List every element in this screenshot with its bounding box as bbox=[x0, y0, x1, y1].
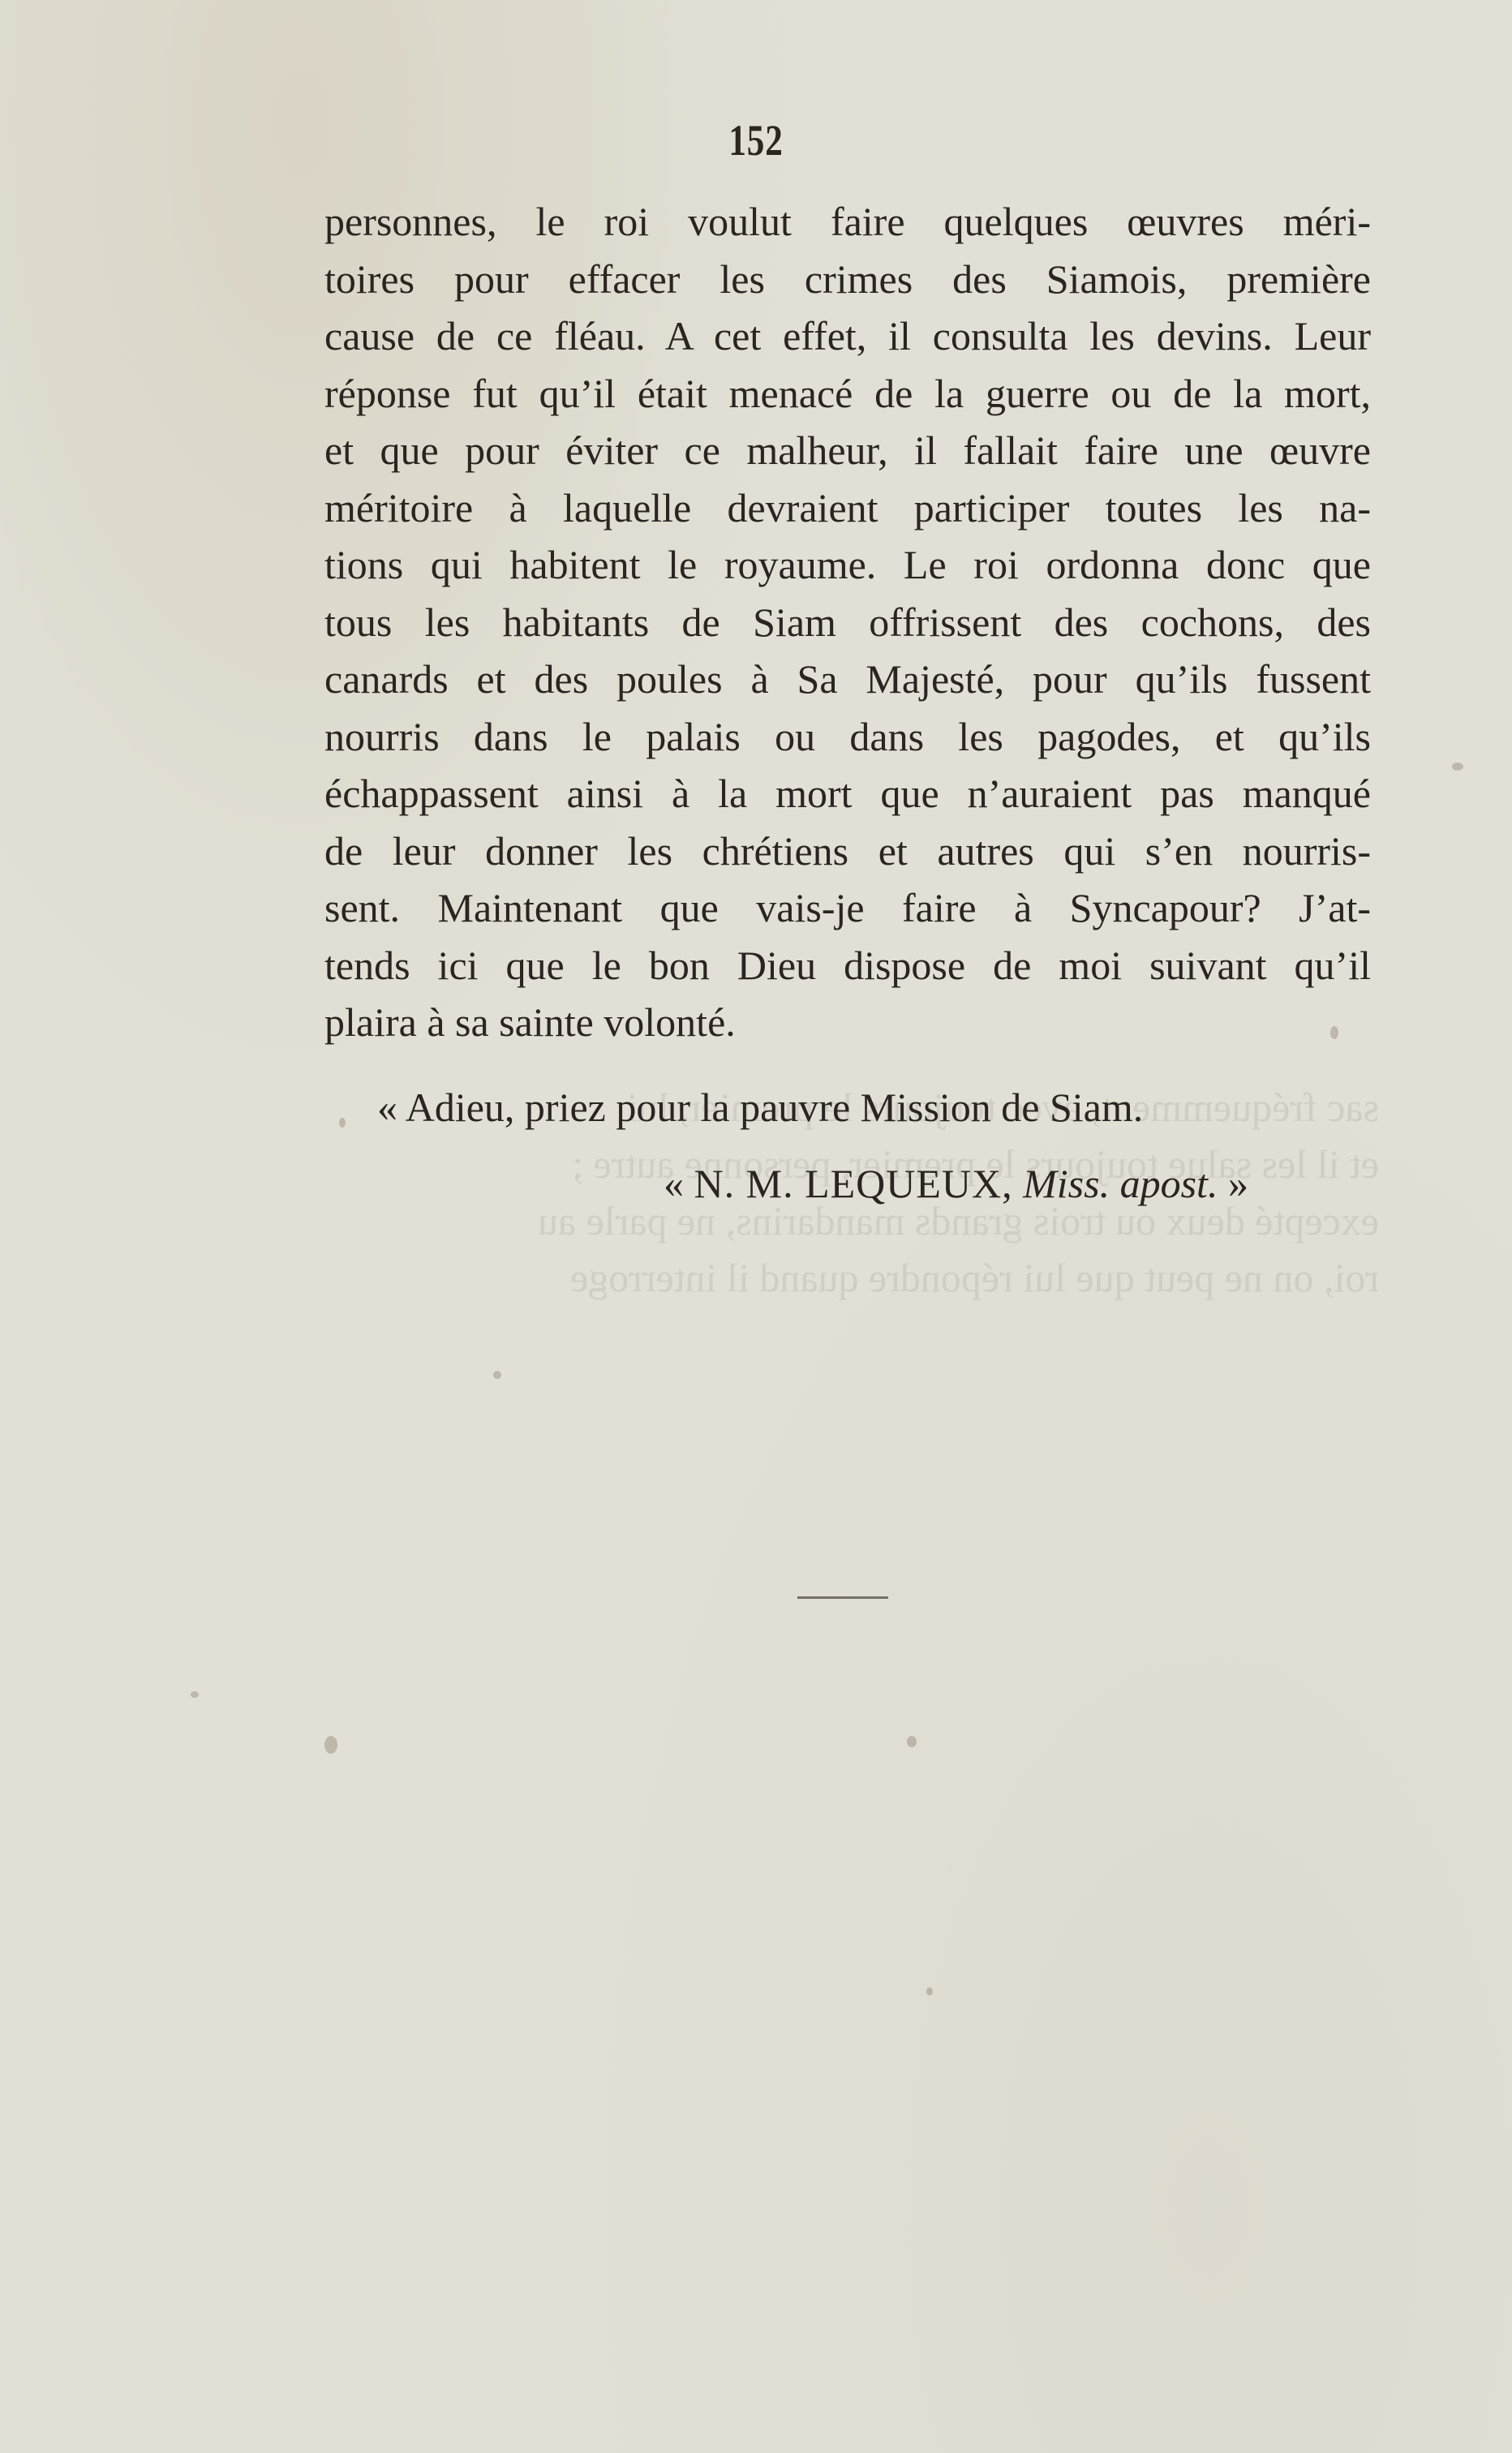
paper-speck bbox=[324, 1736, 337, 1754]
page-number: 152 bbox=[151, 115, 1360, 165]
body-paragraph: personnes, le roi voulut faire quelques … bbox=[324, 193, 1371, 1051]
text-line: tions qui habitent le royaume. Le roi or… bbox=[324, 536, 1371, 594]
text-line: tous les habitants de Siam offrissent de… bbox=[324, 594, 1371, 651]
text-line: nourris dans le palais ou dans les pagod… bbox=[324, 708, 1371, 766]
paper-speck bbox=[339, 1118, 346, 1128]
text-line: sent. Maintenant que vais-je faire à Syn… bbox=[324, 879, 1371, 937]
scanned-page: sac fréquemment, avec toujours le premie… bbox=[0, 0, 1512, 2453]
closing-line: « Adieu, priez pour la pauvre Mission de… bbox=[377, 1079, 1143, 1136]
signature: « N. M. LEQUEUX, Miss. apost. » bbox=[664, 1155, 1248, 1212]
section-separator-rule bbox=[797, 1596, 888, 1599]
text-line: échappassent ainsi à la mort que n’aurai… bbox=[324, 765, 1371, 823]
paper-speck bbox=[493, 1371, 501, 1379]
paper-speck bbox=[1452, 763, 1463, 771]
text-line: méritoire à laquelle devraient participe… bbox=[324, 479, 1371, 537]
text-line: toires pour effacer les crimes des Siamo… bbox=[324, 251, 1371, 308]
text-line: tends ici que le bon Dieu dispose de moi… bbox=[324, 937, 1371, 995]
text-line: personnes, le roi voulut faire quelques … bbox=[324, 193, 1371, 251]
text-line: et que pour éviter ce malheur, il fallai… bbox=[324, 422, 1371, 479]
paper-speck bbox=[191, 1691, 199, 1698]
text-line: de leur donner les chrétiens et autres q… bbox=[324, 823, 1371, 880]
paper-speck bbox=[926, 1987, 933, 1995]
author-title: Miss. apost. bbox=[1023, 1161, 1218, 1206]
text-line: cause de ce fléau. A cet effet, il consu… bbox=[324, 307, 1371, 365]
bleed-line: roi, on ne peut que lui répondre quand i… bbox=[324, 1249, 1379, 1306]
open-quote: « bbox=[664, 1161, 684, 1206]
paper-speck bbox=[907, 1736, 917, 1747]
author-name: N. M. LEQUEUX, bbox=[694, 1161, 1013, 1206]
text-line: plaira à sa sainte volonté. bbox=[324, 994, 1371, 1051]
text-line: réponse fut qu’il était menacé de la gue… bbox=[324, 365, 1371, 423]
close-quote: » bbox=[1228, 1161, 1248, 1206]
paper-speck bbox=[1330, 1026, 1338, 1039]
text-line: canards et des poules à Sa Majesté, pour… bbox=[324, 651, 1371, 708]
